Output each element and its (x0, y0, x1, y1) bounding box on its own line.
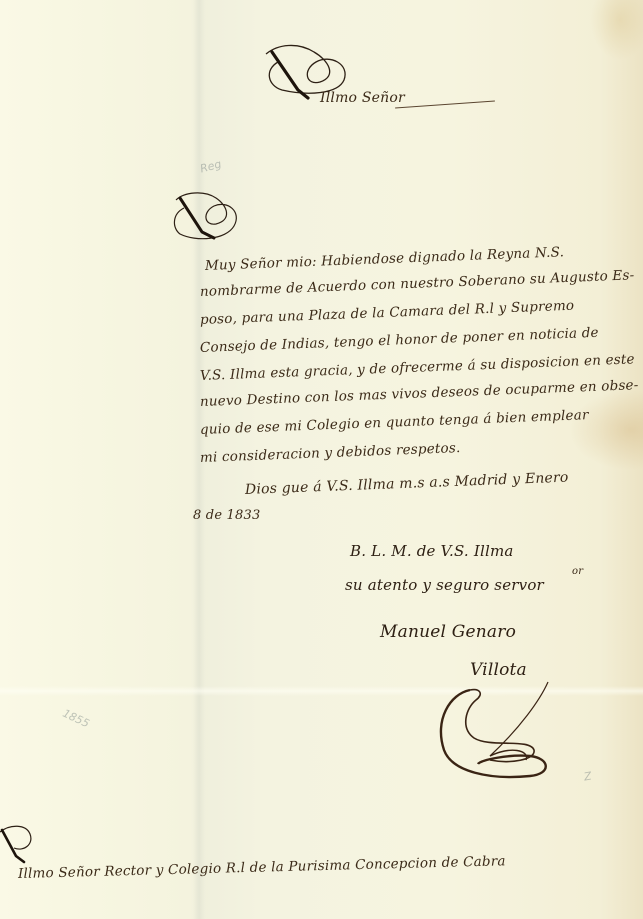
pencil-note-left: 1855 (61, 707, 92, 731)
body-line-2: nombrarme de Acuerdo con nuestro Soberan… (200, 267, 635, 300)
body-line-7: quio de ese mi Colegio en quanto tenga á… (200, 407, 589, 438)
body-line-4: Consejo de Indias, tengo el honor de pon… (200, 325, 599, 356)
closing-superscript: or (572, 566, 583, 577)
document-page: Reg 1855 Z Illmo Señor Muy Señor mio: Ha… (0, 0, 643, 919)
valediction-line-1: Dios gue á V.S. Illma m.s a.s Madrid y E… (245, 470, 569, 498)
closing-line-2: su atento y seguro servor (345, 576, 544, 594)
body-line-6: nuevo Destino con los mas vivos deseos d… (200, 377, 639, 410)
body-line-3: poso, para una Plaza de la Camara del R.… (200, 298, 575, 328)
decorative-initial-d-body-icon (170, 188, 250, 248)
salutation-underline (395, 101, 495, 109)
pencil-note-right: Z (583, 769, 593, 783)
body-line-1: Muy Señor mio: Habiendose dignado la Rey… (205, 244, 565, 274)
salutation-top: Illmo Señor (320, 90, 405, 106)
valediction-date: 8 de 1833 (193, 508, 260, 523)
signature-name-line-1: Manuel Genaro (380, 622, 516, 642)
signature-rubric-icon (430, 680, 570, 790)
closing-line-1: B. L. M. de V.S. Illma (350, 542, 514, 560)
signature-name-line-2: Villota (470, 660, 527, 680)
decorative-initial-d-address-icon (0, 822, 40, 872)
body-line-8: mi consideracion y debidos respetos. (200, 440, 461, 466)
addressee-line: Illmo Señor Rector y Colegio R.l de la P… (18, 853, 506, 882)
